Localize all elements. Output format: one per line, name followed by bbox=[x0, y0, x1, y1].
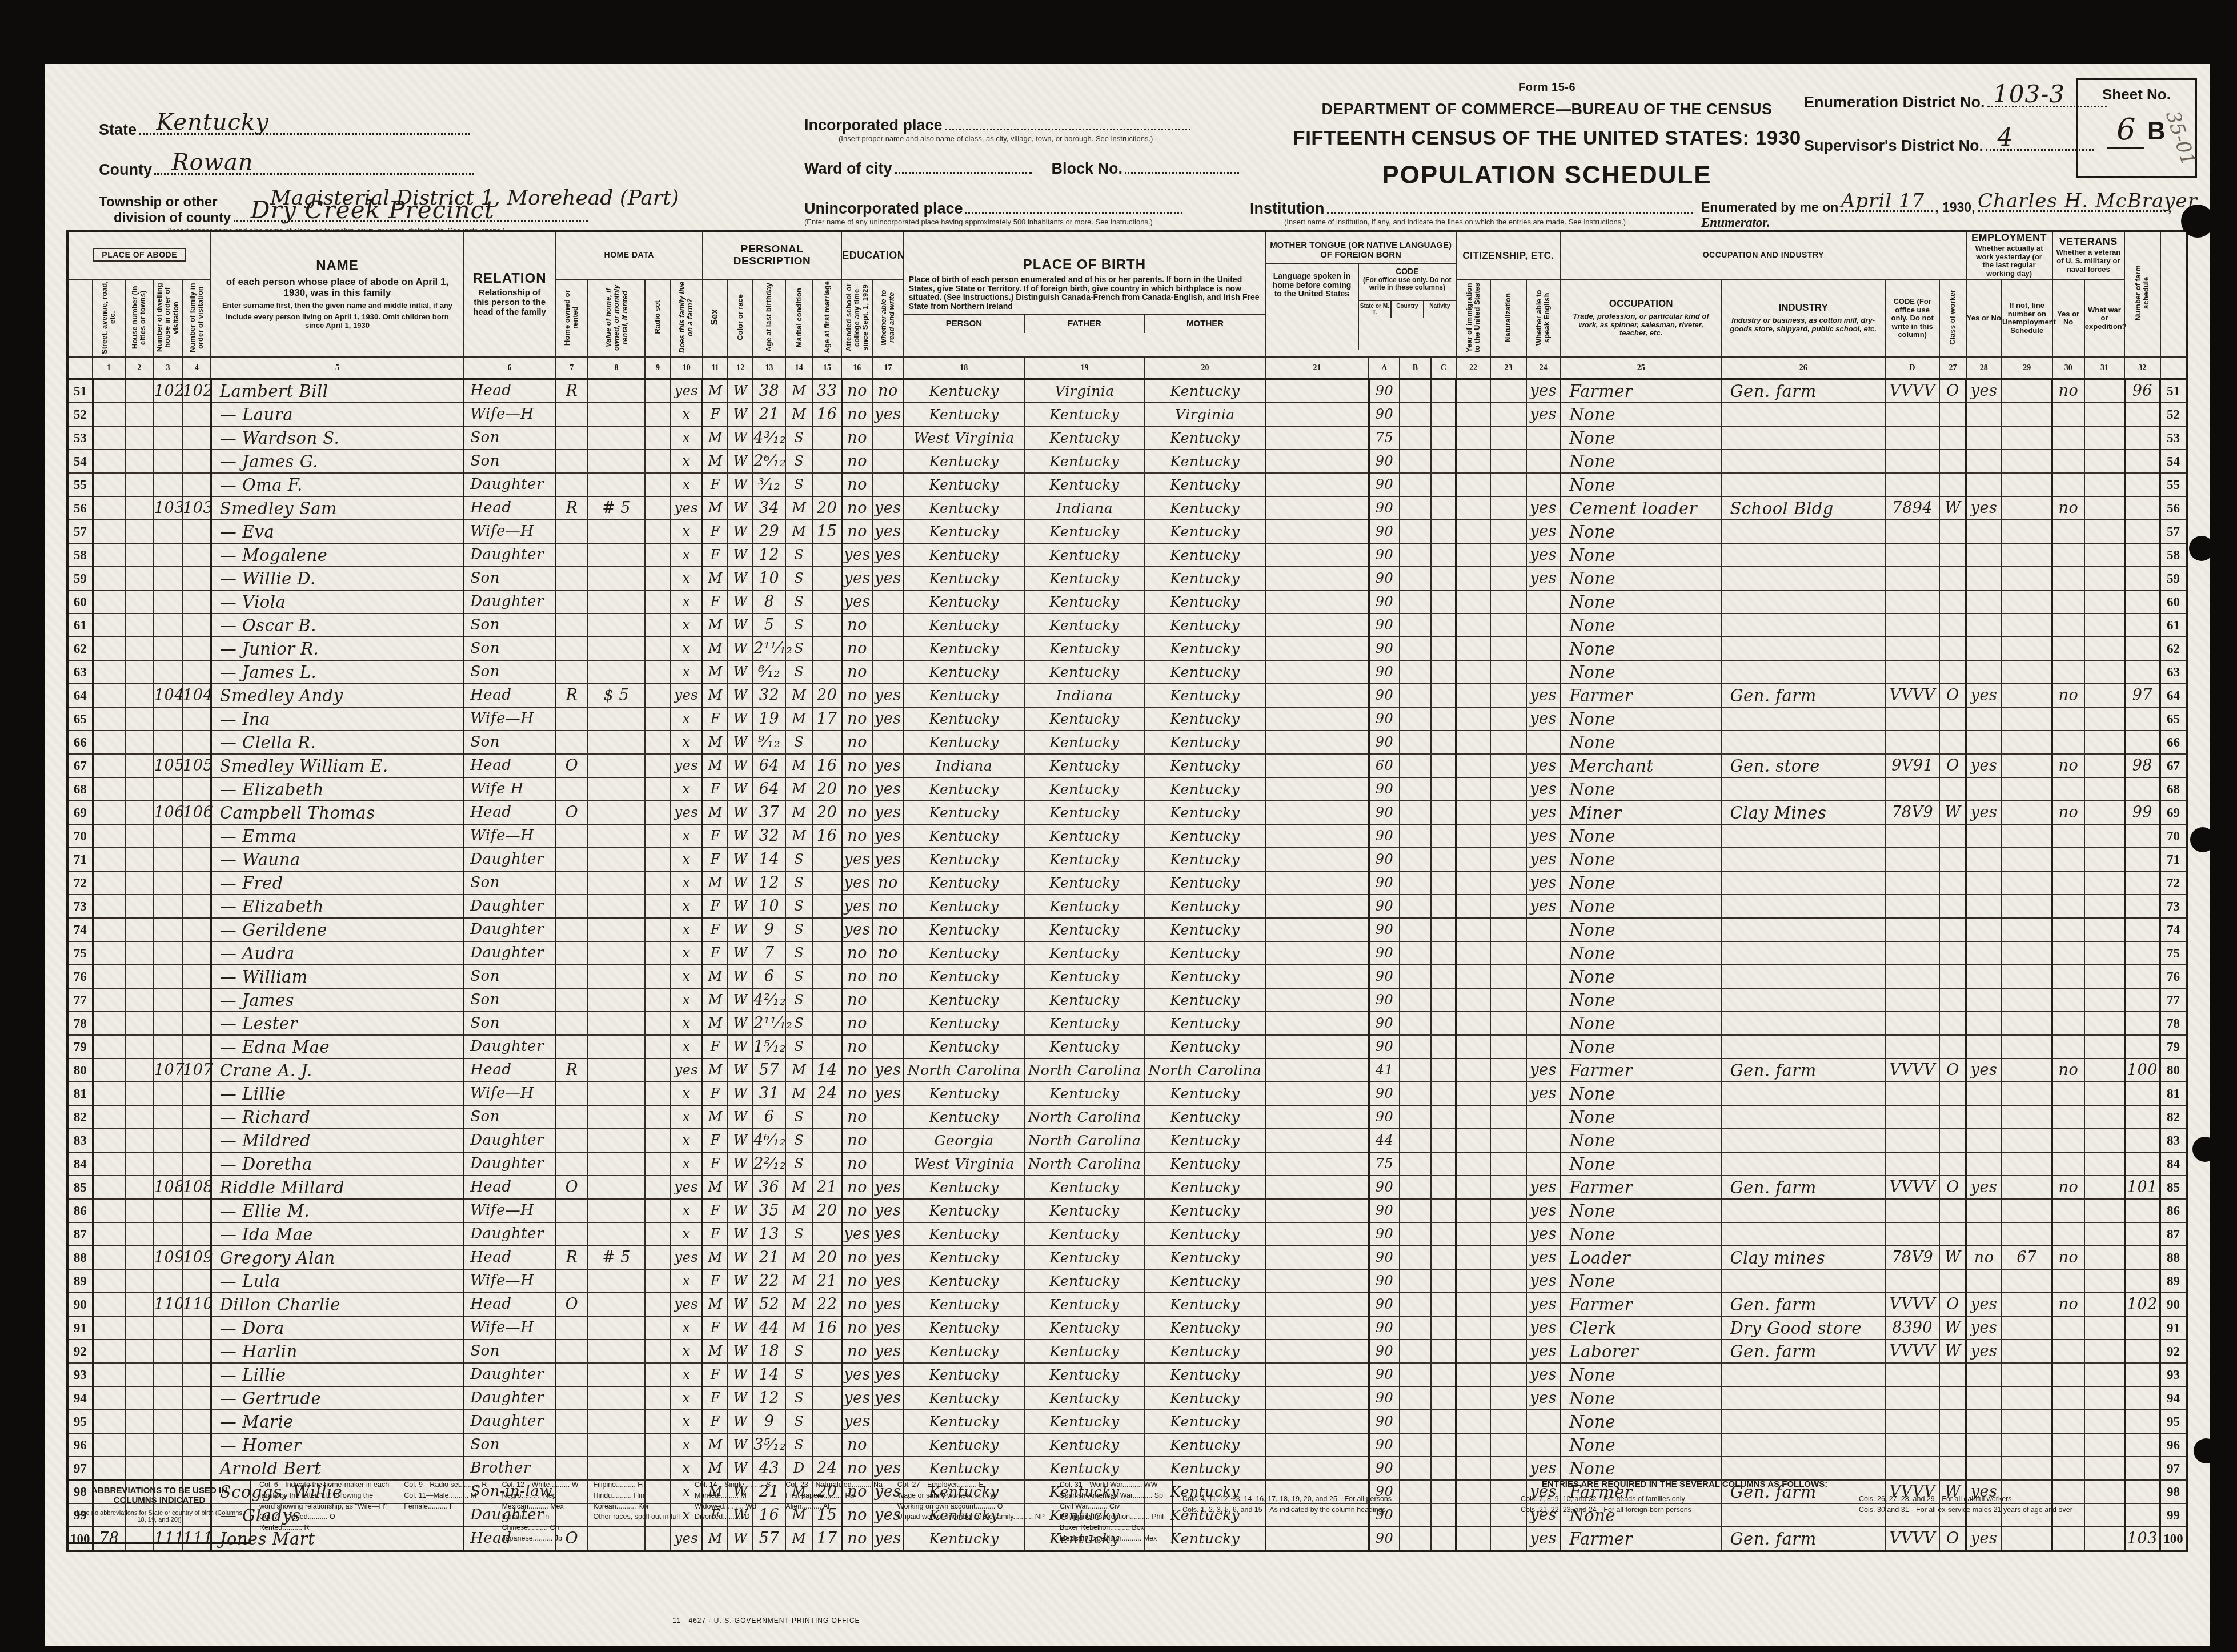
cell-lang bbox=[1265, 520, 1369, 543]
cell-rel: Wife H bbox=[464, 777, 556, 801]
cell-house bbox=[125, 496, 154, 520]
cell-age: 2¹¹⁄₁₂ bbox=[753, 1012, 785, 1035]
cell-pbm: Kentucky bbox=[1145, 777, 1265, 801]
cell-street bbox=[93, 379, 125, 403]
cell-cd bbox=[1885, 1012, 1940, 1035]
census-row: 74— GerildeneDaughterxFW9SyesnoKentuckyK… bbox=[67, 918, 2187, 941]
cell-dw bbox=[154, 1340, 182, 1363]
cell-cw bbox=[1939, 1012, 1966, 1035]
cell-ca: 90 bbox=[1369, 965, 1400, 988]
cell-col: W bbox=[728, 1433, 753, 1457]
cell-fs: 101 bbox=[2124, 1176, 2160, 1199]
cell-name: — Dora bbox=[211, 1316, 463, 1340]
relation-title: RELATION bbox=[464, 271, 555, 287]
institution-note: (Insert name of institution, if any, and… bbox=[1284, 218, 1693, 226]
cell-pbf: Kentucky bbox=[1024, 1176, 1145, 1199]
cell-rw: yes bbox=[872, 543, 903, 567]
cell-val bbox=[588, 614, 646, 637]
cell-war bbox=[2084, 965, 2124, 988]
cell-c22 bbox=[1456, 754, 1490, 777]
enumerated-prefix: Enumerated by me on bbox=[1701, 200, 1838, 215]
cell-name: — James bbox=[211, 988, 463, 1012]
cell-war bbox=[2084, 1199, 2124, 1222]
cell-mar: S bbox=[785, 895, 813, 918]
cell-mar: S bbox=[785, 590, 813, 614]
cell-cb bbox=[1400, 1058, 1430, 1082]
cell-col: W bbox=[728, 1176, 753, 1199]
cell-occ: None bbox=[1561, 731, 1721, 754]
cell-wk bbox=[1966, 965, 2002, 988]
cell-pbf: Kentucky bbox=[1024, 824, 1145, 848]
cell-afm bbox=[813, 1363, 841, 1386]
cell-sex: F bbox=[703, 473, 728, 496]
cell-c23 bbox=[1490, 1222, 1526, 1246]
cell-afm: 17 bbox=[813, 707, 841, 731]
entries-line: Cols. 1, 2, 3, 5, 6, and 15—As indicated… bbox=[1182, 1505, 1510, 1515]
cell-un bbox=[2002, 918, 2052, 941]
cell-pbm: Kentucky bbox=[1145, 614, 1265, 637]
census-row: 57— EvaWife—HxFW29M15noyesKentuckyKentuc… bbox=[67, 520, 2187, 543]
cell-sex: F bbox=[703, 1363, 728, 1386]
cell-cc bbox=[1431, 777, 1456, 801]
cell-street bbox=[93, 941, 125, 965]
cell-c22 bbox=[1456, 731, 1490, 754]
cell-cc bbox=[1431, 965, 1456, 988]
cell-radio bbox=[645, 1269, 670, 1293]
cell-cw bbox=[1939, 848, 1966, 871]
cell-col: W bbox=[728, 520, 753, 543]
cell-line-number: 82 bbox=[2160, 1105, 2187, 1129]
cell-c23 bbox=[1490, 754, 1526, 777]
census-row: 93— LillieDaughterxFW14SyesyesKentuckyKe… bbox=[67, 1363, 2187, 1386]
cell-mar: M bbox=[785, 403, 813, 426]
cell-fam: 104 bbox=[182, 684, 211, 707]
cell-street bbox=[93, 754, 125, 777]
cell-age: 21 bbox=[753, 403, 785, 426]
cell-pbf: Kentucky bbox=[1024, 1222, 1145, 1246]
cell-rw bbox=[872, 637, 903, 660]
cell-afm: 16 bbox=[813, 403, 841, 426]
cell-col: W bbox=[728, 1058, 753, 1082]
code-a-label: State or M. T. bbox=[1359, 301, 1392, 318]
cell-afm: 21 bbox=[813, 1269, 841, 1293]
cell-ln: 75 bbox=[67, 941, 93, 965]
cell-war bbox=[2084, 895, 2124, 918]
cell-name: — Gerildene bbox=[211, 918, 463, 941]
cell-line-number: 53 bbox=[2160, 426, 2187, 450]
cell-ind bbox=[1721, 543, 1885, 567]
cell-pbm: Kentucky bbox=[1145, 707, 1265, 731]
abbreviation-line: Rented.......... R bbox=[259, 1522, 389, 1533]
cell-wk bbox=[1966, 567, 2002, 590]
cell-house bbox=[125, 824, 154, 848]
cell-pb: Kentucky bbox=[904, 450, 1024, 473]
cell-c23 bbox=[1490, 379, 1526, 403]
cell-occ: None bbox=[1561, 1012, 1721, 1035]
cell-un bbox=[2002, 567, 2052, 590]
cell-col: W bbox=[728, 895, 753, 918]
cell-cb bbox=[1400, 801, 1430, 824]
cell-val bbox=[588, 403, 646, 426]
cell-pbf: Kentucky bbox=[1024, 543, 1145, 567]
abbreviation-line: Civil War.......... Civ bbox=[1060, 1501, 1164, 1512]
cell-wk bbox=[1966, 614, 2002, 637]
cell-war bbox=[2084, 941, 2124, 965]
cell-pbf: Kentucky bbox=[1024, 1363, 1145, 1386]
cell-wk bbox=[1966, 777, 2002, 801]
cell-house bbox=[125, 1246, 154, 1269]
cell-mar: M bbox=[785, 1199, 813, 1222]
cell-col: W bbox=[728, 403, 753, 426]
abbreviation-line: Col. 23—Naturalized.......... Na bbox=[785, 1479, 883, 1490]
cell-afm: 24 bbox=[813, 1457, 841, 1480]
cell-rel: Wife—H bbox=[464, 1199, 556, 1222]
cell-cb bbox=[1400, 707, 1430, 731]
cell-occ: Cement loader bbox=[1561, 496, 1721, 520]
cell-name: Smedley Sam bbox=[211, 496, 463, 520]
unincorporated-label: Unincorporated place bbox=[804, 200, 963, 217]
cell-ind: Gen. farm bbox=[1721, 684, 1885, 707]
cell-war bbox=[2084, 450, 2124, 473]
cell-dw bbox=[154, 543, 182, 567]
cell-vet bbox=[2052, 965, 2084, 988]
cell-sex: F bbox=[703, 403, 728, 426]
cell-lang bbox=[1265, 1457, 1369, 1480]
cell-rel: Daughter bbox=[464, 1035, 556, 1058]
cell-dw bbox=[154, 1199, 182, 1222]
column-number: 1 bbox=[93, 357, 125, 379]
cell-cc bbox=[1431, 1316, 1456, 1340]
cell-ln: 51 bbox=[67, 379, 93, 403]
cell-ln: 81 bbox=[67, 1082, 93, 1105]
cell-afm bbox=[813, 590, 841, 614]
cell-line-number: 65 bbox=[2160, 707, 2187, 731]
cell-afm bbox=[813, 473, 841, 496]
census-row: 84— DorethaDaughterxFW2²⁄₁₂SnoWest Virgi… bbox=[67, 1152, 2187, 1176]
cell-cb bbox=[1400, 941, 1430, 965]
cell-mar: S bbox=[785, 473, 813, 496]
cell-ln: 86 bbox=[67, 1199, 93, 1222]
cell-war bbox=[2084, 614, 2124, 637]
cell-vet bbox=[2052, 1433, 2084, 1457]
cell-cc bbox=[1431, 1129, 1456, 1152]
cell-cw: W bbox=[1939, 1340, 1966, 1363]
cell-name: — Doretha bbox=[211, 1152, 463, 1176]
abbreviation-columns: Col. 6—Indicate the home-maker in eachfa… bbox=[259, 1479, 1164, 1544]
cell-fs bbox=[2124, 777, 2160, 801]
cell-dw: 110 bbox=[154, 1293, 182, 1316]
cell-val bbox=[588, 1269, 646, 1293]
abbreviation-column: Col. 6—Indicate the home-maker in eachfa… bbox=[259, 1479, 389, 1544]
cell-name: Crane A. J. bbox=[211, 1058, 463, 1082]
cell-c22 bbox=[1456, 707, 1490, 731]
cell-war bbox=[2084, 1433, 2124, 1457]
cell-occ: None bbox=[1561, 1222, 1721, 1246]
cell-street bbox=[93, 1012, 125, 1035]
cell-mar: M bbox=[785, 1293, 813, 1316]
cell-dw bbox=[154, 590, 182, 614]
cell-val bbox=[588, 1410, 646, 1433]
cell-cc bbox=[1431, 473, 1456, 496]
cell-ind bbox=[1721, 965, 1885, 988]
cell-ca: 90 bbox=[1369, 379, 1400, 403]
cell-sex: M bbox=[703, 965, 728, 988]
cell-c23 bbox=[1490, 824, 1526, 848]
cell-farm: x bbox=[671, 450, 703, 473]
census-row: 54— James G.SonxMW2⁶⁄₁₂SnoKentuckyKentuc… bbox=[67, 450, 2187, 473]
cell-farm: x bbox=[671, 777, 703, 801]
cell-war bbox=[2084, 1082, 2124, 1105]
cell-fam bbox=[182, 543, 211, 567]
cell-pbm: Kentucky bbox=[1145, 731, 1265, 754]
cell-ind: Gen. farm bbox=[1721, 1340, 1885, 1363]
cell-ca: 90 bbox=[1369, 918, 1400, 941]
cell-home bbox=[556, 1410, 588, 1433]
cell-ln: 78 bbox=[67, 1012, 93, 1035]
code-b-label: Country bbox=[1392, 301, 1424, 318]
cell-rw bbox=[872, 1035, 903, 1058]
cell-sch: no bbox=[841, 684, 872, 707]
cell-ln: 74 bbox=[67, 918, 93, 941]
cell-dw bbox=[154, 1012, 182, 1035]
cell-dw: 105 bbox=[154, 754, 182, 777]
cell-lang bbox=[1265, 1058, 1369, 1082]
cell-name: — Ellie M. bbox=[211, 1199, 463, 1222]
language-label: Language spoken in home before coming to… bbox=[1266, 264, 1359, 350]
column-number bbox=[67, 357, 93, 379]
cell-age: 4³⁄₁₂ bbox=[753, 426, 785, 450]
cell-cd bbox=[1885, 1269, 1940, 1293]
census-row: 97Arnold BertBrotherxMW43D24noyesKentuck… bbox=[67, 1457, 2187, 1480]
department-title: DEPARTMENT OF COMMERCE—BUREAU OF THE CEN… bbox=[1198, 101, 1895, 118]
cell-mar: S bbox=[785, 1129, 813, 1152]
cell-house bbox=[125, 1316, 154, 1340]
cell-c22 bbox=[1456, 684, 1490, 707]
cell-col: W bbox=[728, 1269, 753, 1293]
cell-farm: x bbox=[671, 824, 703, 848]
cell-wk bbox=[1966, 1152, 2002, 1176]
cell-age: 2⁶⁄₁₂ bbox=[753, 450, 785, 473]
cell-cd bbox=[1885, 895, 1940, 918]
cell-house bbox=[125, 918, 154, 941]
cell-c23 bbox=[1490, 941, 1526, 965]
cell-rw: yes bbox=[872, 1246, 903, 1269]
cell-radio bbox=[645, 707, 670, 731]
cell-ln: 73 bbox=[67, 895, 93, 918]
cell-cw bbox=[1939, 1222, 1966, 1246]
cell-dw bbox=[154, 1082, 182, 1105]
cell-pbm: Kentucky bbox=[1145, 871, 1265, 895]
cell-home bbox=[556, 1340, 588, 1363]
cell-wk bbox=[1966, 707, 2002, 731]
cell-vet bbox=[2052, 1129, 2084, 1152]
cell-fs bbox=[2124, 848, 2160, 871]
cell-age: ⁹⁄₁₂ bbox=[753, 731, 785, 754]
cell-vet bbox=[2052, 941, 2084, 965]
column-employment-yesno: Yes or No bbox=[1966, 279, 2002, 357]
column-number: 24 bbox=[1526, 357, 1561, 379]
cell-sch: no bbox=[841, 1199, 872, 1222]
cell-pbf: Kentucky bbox=[1024, 801, 1145, 824]
cell-name: — Homer bbox=[211, 1433, 463, 1457]
cell-cb bbox=[1400, 1129, 1430, 1152]
cell-wk bbox=[1966, 543, 2002, 567]
cell-pb: Kentucky bbox=[904, 801, 1024, 824]
cell-cd bbox=[1885, 1433, 1940, 1457]
cell-fs bbox=[2124, 871, 2160, 895]
cell-val bbox=[588, 450, 646, 473]
form-header: Form 15-6 DEPARTMENT OF COMMERCE—BUREAU … bbox=[45, 64, 2210, 228]
cell-ln: 93 bbox=[67, 1363, 93, 1386]
cell-occ: None bbox=[1561, 1433, 1721, 1457]
cell-fam bbox=[182, 1012, 211, 1035]
cell-cb bbox=[1400, 379, 1430, 403]
township-label-2: division of county bbox=[114, 210, 231, 226]
cell-un bbox=[2002, 1457, 2052, 1480]
cell-pbf: Kentucky bbox=[1024, 1386, 1145, 1410]
cell-pb: West Virginia bbox=[904, 1152, 1024, 1176]
cell-sex: F bbox=[703, 543, 728, 567]
state-field: State Kentucky bbox=[99, 121, 470, 139]
cell-fs bbox=[2124, 450, 2160, 473]
cell-cd bbox=[1885, 1410, 1940, 1433]
cell-lang bbox=[1265, 684, 1369, 707]
cell-street bbox=[93, 1199, 125, 1222]
cell-cw bbox=[1939, 707, 1966, 731]
cell-age: 29 bbox=[753, 520, 785, 543]
cell-cw bbox=[1939, 1129, 1966, 1152]
cell-cb bbox=[1400, 543, 1430, 567]
cell-cw: O bbox=[1939, 684, 1966, 707]
cell-cb bbox=[1400, 1433, 1430, 1457]
entries-column: Cols. 7, 8, 9, 10, and 32—For heads of f… bbox=[1521, 1494, 1849, 1515]
cell-line-number: 91 bbox=[2160, 1316, 2187, 1340]
cell-wk bbox=[1966, 1457, 2002, 1480]
employment-desc: Whether actually at work yesterday (or t… bbox=[1970, 244, 2048, 278]
cell-dw bbox=[154, 1035, 182, 1058]
cell-street bbox=[93, 777, 125, 801]
cell-sex: M bbox=[703, 1457, 728, 1480]
cell-occ: None bbox=[1561, 614, 1721, 637]
abbreviation-line: Korean.......... Kor bbox=[593, 1501, 679, 1512]
cell-afm bbox=[813, 1129, 841, 1152]
column-age: Age at last birthday bbox=[753, 279, 785, 357]
cell-wk bbox=[1966, 1082, 2002, 1105]
cell-un bbox=[2002, 1199, 2052, 1222]
cell-lang bbox=[1265, 1105, 1369, 1129]
enumerator-name: Charles H. McBrayer bbox=[1978, 190, 2198, 212]
cell-ln: 61 bbox=[67, 614, 93, 637]
cell-cc bbox=[1431, 848, 1456, 871]
cell-eng: yes bbox=[1526, 1176, 1561, 1199]
cell-lang bbox=[1265, 379, 1369, 403]
cell-lang bbox=[1265, 941, 1369, 965]
cell-cb bbox=[1400, 614, 1430, 637]
cell-afm: 20 bbox=[813, 1199, 841, 1222]
cell-col: W bbox=[728, 450, 753, 473]
cell-eng: yes bbox=[1526, 379, 1561, 403]
cell-vet bbox=[2052, 871, 2084, 895]
cell-val bbox=[588, 918, 646, 941]
cell-rel: Wife—H bbox=[464, 707, 556, 731]
cell-house bbox=[125, 941, 154, 965]
code-box: CODE (For office use only. Do not write … bbox=[1359, 264, 1456, 350]
abbreviation-line: Hindu.......... Hin bbox=[593, 1490, 679, 1501]
cell-pb: Kentucky bbox=[904, 731, 1024, 754]
cell-fam bbox=[182, 848, 211, 871]
cell-pb: Kentucky bbox=[904, 1035, 1024, 1058]
cell-fam bbox=[182, 895, 211, 918]
township-label-1: Township or other bbox=[99, 194, 218, 210]
code-subheads: State or M. T. Country Nativity bbox=[1359, 300, 1456, 318]
column-dwelling-number: Number of dwelling house in order of vis… bbox=[154, 279, 182, 357]
cell-rw: yes bbox=[872, 754, 903, 777]
column-number: B bbox=[1400, 357, 1430, 379]
cell-radio bbox=[645, 1105, 670, 1129]
cell-ln: 67 bbox=[67, 754, 93, 777]
cell-pbm: Kentucky bbox=[1145, 1363, 1265, 1386]
cell-cw bbox=[1939, 1457, 1966, 1480]
cell-c23 bbox=[1490, 1433, 1526, 1457]
cell-age: 10 bbox=[753, 895, 785, 918]
cell-rw bbox=[872, 426, 903, 450]
cell-cc bbox=[1431, 1269, 1456, 1293]
cell-dw bbox=[154, 777, 182, 801]
cell-val bbox=[588, 1058, 646, 1082]
cell-eng: yes bbox=[1526, 1293, 1561, 1316]
cell-ind bbox=[1721, 614, 1885, 637]
cell-c23 bbox=[1490, 660, 1526, 684]
cell-cb bbox=[1400, 684, 1430, 707]
cell-name: — Richard bbox=[211, 1105, 463, 1129]
cell-un bbox=[2002, 1082, 2052, 1105]
cell-c22 bbox=[1456, 1363, 1490, 1386]
cell-cb bbox=[1400, 871, 1430, 895]
cell-ind bbox=[1721, 1269, 1885, 1293]
cell-sex: M bbox=[703, 1340, 728, 1363]
cell-cc bbox=[1431, 1410, 1456, 1433]
cell-cc bbox=[1431, 754, 1456, 777]
cell-cc bbox=[1431, 379, 1456, 403]
census-row: 90110110Dillon CharlieHeadOyesMW52M22noy… bbox=[67, 1293, 2187, 1316]
cell-fam bbox=[182, 871, 211, 895]
cell-fs bbox=[2124, 637, 2160, 660]
cell-pb: Kentucky bbox=[904, 1293, 1024, 1316]
cell-ca: 90 bbox=[1369, 871, 1400, 895]
cell-pbf: Kentucky bbox=[1024, 1340, 1145, 1363]
cell-street bbox=[93, 848, 125, 871]
cell-cw bbox=[1939, 1152, 1966, 1176]
cell-cc bbox=[1431, 520, 1456, 543]
cell-age: 14 bbox=[753, 1363, 785, 1386]
column-read-write: Whether able to read and write bbox=[872, 279, 903, 357]
abbreviation-line: word showing relationship, as "Wife—H" bbox=[259, 1501, 389, 1512]
cell-line-number: 51 bbox=[2160, 379, 2187, 403]
cell-street bbox=[93, 1152, 125, 1176]
cell-cb bbox=[1400, 1012, 1430, 1035]
cell-occ: Loader bbox=[1561, 1246, 1721, 1269]
cell-lang bbox=[1265, 1176, 1369, 1199]
cell-rw bbox=[872, 1152, 903, 1176]
cell-dw bbox=[154, 1222, 182, 1246]
cell-cc bbox=[1431, 403, 1456, 426]
cell-cw bbox=[1939, 660, 1966, 684]
cell-rw: yes bbox=[872, 707, 903, 731]
cell-dw: 104 bbox=[154, 684, 182, 707]
cell-ln: 59 bbox=[67, 567, 93, 590]
cell-ca: 90 bbox=[1369, 496, 1400, 520]
cell-c22 bbox=[1456, 1105, 1490, 1129]
